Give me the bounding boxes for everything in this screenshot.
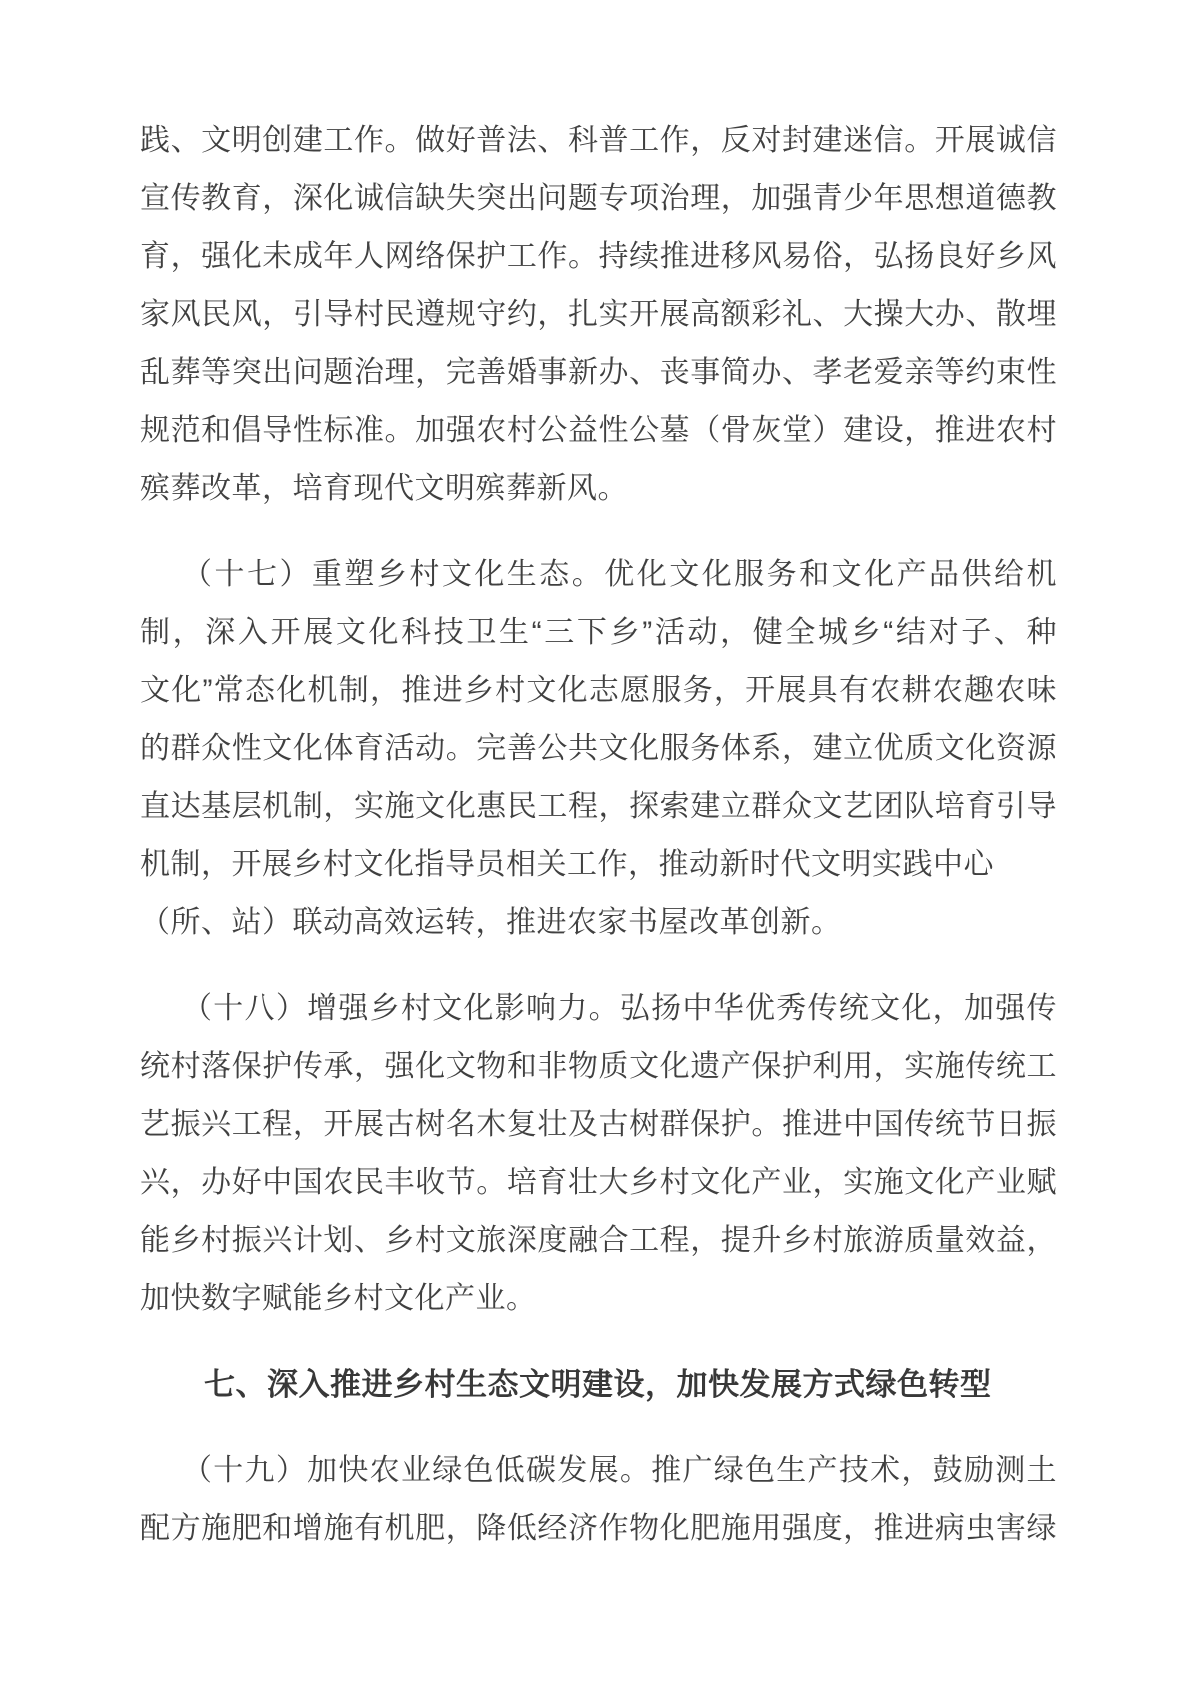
text-line: 配方施肥和增施有机肥，降低经济作物化肥施用强度，推进病虫害绿	[140, 1500, 1057, 1558]
text-line: 制，深入开展文化科技卫生“三下乡”活动，健全城乡“结对子、种	[140, 604, 1057, 662]
text-line: （十八）增强乡村文化影响力。弘扬中华优秀传统文化，加强传	[140, 980, 1057, 1038]
text-line: 能乡村振兴计划、乡村文旅深度融合工程，提升乡村旅游质量效益，	[140, 1212, 1057, 1270]
text-line: 践、文明创建工作。做好普法、科普工作，反对封建迷信。开展诚信	[140, 112, 1057, 170]
text-line: （所、站）联动高效运转，推进农家书屋改革创新。	[140, 894, 1057, 952]
text-line: （十九）加快农业绿色低碳发展。推广绿色生产技术，鼓励测土	[140, 1442, 1057, 1500]
text-line: 机制，开展乡村文化指导员相关工作，推动新时代文明实践中心	[140, 836, 1057, 894]
paragraph: （十八）增强乡村文化影响力。弘扬中华优秀传统文化，加强传统村落保护传承，强化文物…	[140, 980, 1057, 1328]
heading-line: 七、深入推进乡村生态文明建设，加快发展方式绿色转型	[140, 1356, 1057, 1414]
text-line: 殡葬改革，培育现代文明殡葬新风。	[140, 460, 1057, 518]
text-line: 家风民风，引导村民遵规守约，扎实开展高额彩礼、大操大办、散埋	[140, 286, 1057, 344]
text-line: 乱葬等突出问题治理，完善婚事新办、丧事简办、孝老爱亲等约束性	[140, 344, 1057, 402]
text-line: 的群众性文化体育活动。完善公共文化服务体系，建立优质文化资源	[140, 720, 1057, 778]
text-line: 艺振兴工程，开展古树名木复壮及古树群保护。推进中国传统节日振	[140, 1096, 1057, 1154]
document-content: 践、文明创建工作。做好普法、科普工作，反对封建迷信。开展诚信宣传教育，深化诚信缺…	[140, 112, 1057, 1558]
text-line: 育，强化未成年人网络保护工作。持续推进移风易俗，弘扬良好乡风	[140, 228, 1057, 286]
text-line: 兴，办好中国农民丰收节。培育壮大乡村文化产业，实施文化产业赋	[140, 1154, 1057, 1212]
text-line: （十七）重塑乡村文化生态。优化文化服务和文化产品供给机	[140, 546, 1057, 604]
text-line: 文化”常态化机制，推进乡村文化志愿服务，开展具有农耕农趣农味	[140, 662, 1057, 720]
text-line: 宣传教育，深化诚信缺失突出问题专项治理，加强青少年思想道德教	[140, 170, 1057, 228]
text-line: 直达基层机制，实施文化惠民工程，探索建立群众文艺团队培育引导	[140, 778, 1057, 836]
text-line: 统村落保护传承，强化文物和非物质文化遗产保护利用，实施传统工	[140, 1038, 1057, 1096]
paragraph: （十九）加快农业绿色低碳发展。推广绿色生产技术，鼓励测土配方施肥和增施有机肥，降…	[140, 1442, 1057, 1558]
text-line: 加快数字赋能乡村文化产业。	[140, 1270, 1057, 1328]
document-page: 践、文明创建工作。做好普法、科普工作，反对封建迷信。开展诚信宣传教育，深化诚信缺…	[0, 0, 1200, 1698]
text-line: 规范和倡导性标准。加强农村公益性公墓（骨灰堂）建设，推进农村	[140, 402, 1057, 460]
paragraph: （十七）重塑乡村文化生态。优化文化服务和文化产品供给机制，深入开展文化科技卫生“…	[140, 546, 1057, 952]
section-heading: 七、深入推进乡村生态文明建设，加快发展方式绿色转型	[140, 1356, 1057, 1414]
paragraph: 践、文明创建工作。做好普法、科普工作，反对封建迷信。开展诚信宣传教育，深化诚信缺…	[140, 112, 1057, 518]
